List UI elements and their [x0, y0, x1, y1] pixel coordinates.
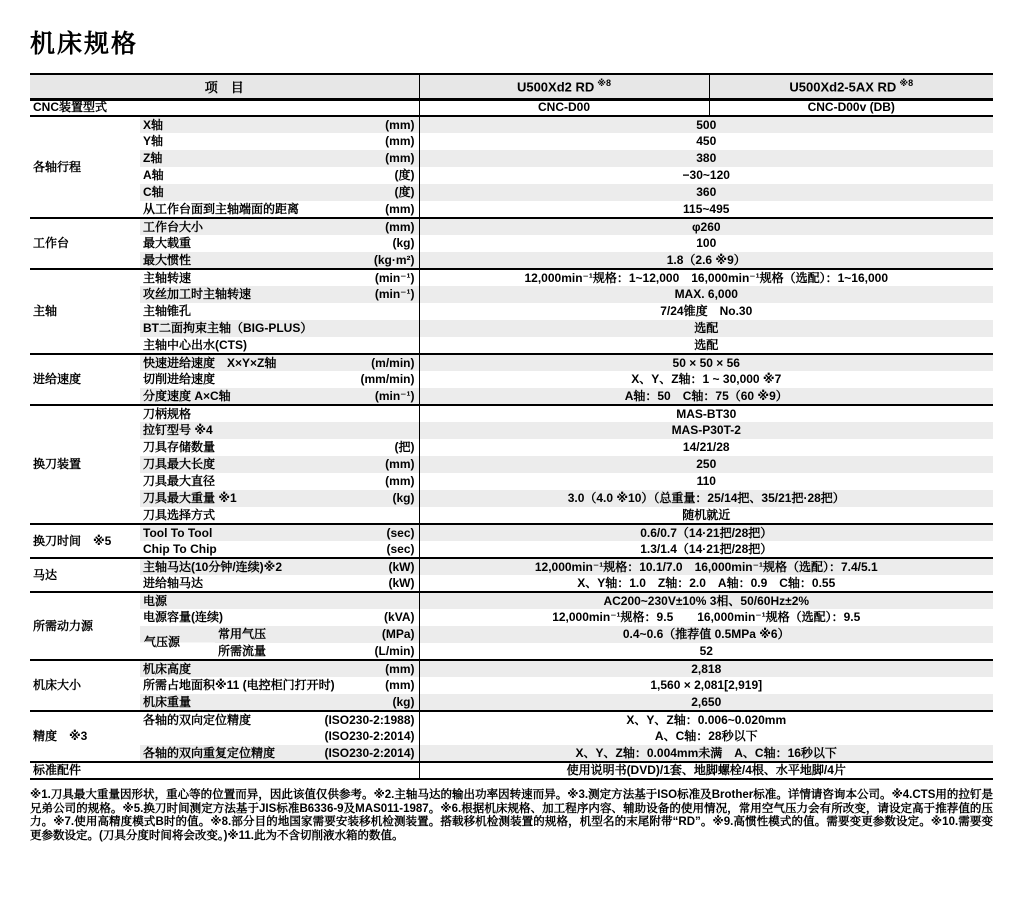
- spec-row: 进给速度快速进给速度 X×Y×Z轴(m/min)50 × 50 × 56: [30, 354, 993, 371]
- row-unit: (mm): [381, 119, 414, 132]
- label-unit-box: 主轴锥孔: [140, 305, 419, 318]
- spec-row: Chip To Chip(sec)1.3/1.4（14·21把/28把）: [30, 541, 993, 558]
- model-name: U500Xd2-5AX RD: [789, 79, 896, 94]
- row-label: 电源: [143, 595, 167, 608]
- category-cell: 所需动力源: [30, 592, 140, 660]
- row-unit: (度): [391, 169, 415, 182]
- row-label: 所需占地面积※11 (电控柜门打开时): [143, 679, 335, 692]
- label-unit-cell: 刀柄规格: [140, 405, 419, 422]
- label-unit-box: 主轴转速(min⁻¹): [140, 272, 419, 285]
- row-label: 所需流量: [218, 645, 266, 658]
- row-value: 1.8（2.6 ※9）: [419, 252, 993, 269]
- label-unit-box: A轴(度): [140, 169, 419, 182]
- row-label: 最大惯性: [143, 254, 191, 267]
- row-label: 主轴锥孔: [143, 305, 191, 318]
- label-unit-cell: 主轴转速(min⁻¹): [140, 269, 419, 286]
- spec-row: 刀具选择方式随机就近: [30, 507, 993, 524]
- model-note: ※8: [899, 78, 913, 88]
- spec-page: 机床规格 项 目 U500Xd2 RD※8 U500Xd2-5AX RD※8 C…: [0, 0, 1024, 924]
- row-label: 从工作台面到主轴端面的距离: [143, 203, 299, 216]
- label-unit-cell: 切削进给速度(mm/min): [140, 371, 419, 388]
- label-unit-box: 机床重量(kg): [140, 696, 419, 709]
- spec-row: 分度速度 A×C轴(min⁻¹)A轴：50 C轴：75（60 ※9）: [30, 388, 993, 405]
- row-value: 250: [419, 456, 993, 473]
- row-value: 52: [419, 643, 993, 660]
- spec-row: 工作台工作台大小(mm)φ260: [30, 218, 993, 235]
- label-unit-cell: 所需占地面积※11 (电控柜门打开时)(mm): [140, 677, 419, 694]
- row-label: 常用气压: [218, 628, 266, 641]
- row-label: 最大载重: [143, 237, 191, 250]
- label-unit-cell: 刀具存储数量(把): [140, 439, 419, 456]
- label-unit-cell: 进给轴马达(kW): [140, 575, 419, 592]
- row-label: 电源容量(连续): [143, 611, 223, 624]
- row-label: Chip To Chip: [143, 543, 217, 556]
- label-unit-cell: 分度速度 A×C轴(min⁻¹): [140, 388, 419, 405]
- label-unit-box: 常用气压(MPa): [215, 628, 419, 641]
- cnc-type-value-2: CNC-D00v (DB): [709, 99, 993, 116]
- spec-row: 精度 ※3各轴的双向定位精度(ISO230-2:1988)X、Y、Z轴：0.00…: [30, 711, 993, 728]
- label-unit-cell: 电源: [140, 592, 419, 609]
- row-value: MAX. 6,000: [419, 286, 993, 303]
- label-unit-cell: 刀具最大直径(mm): [140, 473, 419, 490]
- label-unit-box: 主轴中心出水(CTS): [140, 339, 419, 352]
- row-value: 50 × 50 × 56: [419, 354, 993, 371]
- row-value: 选配: [419, 320, 993, 337]
- label-unit-cell: 各轴的双向定位精度(ISO230-2:1988): [140, 711, 419, 728]
- spec-row: 刀具存储数量(把)14/21/28: [30, 439, 993, 456]
- label-unit-box: 各轴的双向重复定位精度(ISO230-2:2014): [140, 747, 419, 760]
- row-value: 115~495: [419, 201, 993, 218]
- label-unit-box: 刀具存储数量(把): [140, 441, 419, 454]
- row-unit: (mm): [381, 679, 414, 692]
- spec-row: 攻丝加工时主轴转速(min⁻¹)MAX. 6,000: [30, 286, 993, 303]
- row-value: 450: [419, 133, 993, 150]
- label-unit-box: 各轴的双向定位精度(ISO230-2:1988): [140, 714, 419, 727]
- label-unit-cell: 工作台大小(mm): [140, 218, 419, 235]
- row-value: 110: [419, 473, 993, 490]
- row-label: 工作台大小: [143, 221, 203, 234]
- row-label: 刀具最大长度: [143, 458, 215, 471]
- label-unit-cell: 拉钉型号 ※4: [140, 422, 419, 439]
- row-value: 360: [419, 184, 993, 201]
- spec-row: 气压源常用气压(MPa)0.4~0.6（推荐值 0.5MPa ※6）: [30, 626, 993, 643]
- label-unit-box: 所需流量(L/min): [215, 645, 419, 658]
- row-label: 切削进给速度: [143, 373, 215, 386]
- row-value: A轴：50 C轴：75（60 ※9）: [419, 388, 993, 405]
- label-unit-box: 快速进给速度 X×Y×Z轴(m/min): [140, 357, 419, 370]
- row-value: 12,000min⁻¹规格：9.5 16,000min⁻¹规格（选配）：9.5: [419, 609, 993, 626]
- table-header-row: 项 目 U500Xd2 RD※8 U500Xd2-5AX RD※8: [30, 74, 993, 99]
- label-unit-cell: Y轴(mm): [140, 133, 419, 150]
- row-unit: (m/min): [367, 357, 414, 370]
- accessories-row: 标准配件 使用说明书(DVD)/1套、地脚螺栓/4根、水平地脚/4片: [30, 762, 993, 779]
- row-label: 主轴马达(10分钟/连续)※2: [143, 561, 282, 574]
- row-label: X轴: [143, 119, 163, 132]
- row-unit: (min⁻¹): [371, 288, 415, 301]
- row-unit: (mm): [381, 475, 414, 488]
- row-unit: (ISO230-2:2014): [320, 747, 414, 760]
- row-unit: (把): [391, 441, 415, 454]
- row-label: 主轴转速: [143, 272, 191, 285]
- label-unit-box: 最大载重(kg): [140, 237, 419, 250]
- row-label: 刀具最大重量 ※1: [143, 492, 237, 505]
- row-unit: (kg·m²): [370, 254, 415, 267]
- spec-row: (ISO230-2:2014)A、C轴：28秒以下: [30, 728, 993, 745]
- footnotes: ※1.刀具最大重量因形状，重心等的位置而异，因此该值仅供参考。※2.主轴马达的输…: [30, 789, 993, 843]
- row-label: 刀具选择方式: [143, 509, 215, 522]
- row-value: X、Y、Z轴：0.004mm未满 A、C轴：16秒以下: [419, 745, 993, 762]
- spec-row: 各轴的双向重复定位精度(ISO230-2:2014)X、Y、Z轴：0.004mm…: [30, 745, 993, 762]
- category-cell: 进给速度: [30, 354, 140, 405]
- spec-row: 最大惯性(kg·m²)1.8（2.6 ※9）: [30, 252, 993, 269]
- row-value: 随机就近: [419, 507, 993, 524]
- row-value: 选配: [419, 337, 993, 354]
- label-unit-box: 机床高度(mm): [140, 663, 419, 676]
- row-label: 进给轴马达: [143, 577, 203, 590]
- spec-table: 项 目 U500Xd2 RD※8 U500Xd2-5AX RD※8 CNC装置型…: [30, 73, 993, 780]
- label-unit-cell: 刀具选择方式: [140, 507, 419, 524]
- label-unit-box: 刀柄规格: [140, 408, 419, 421]
- page-title: 机床规格: [30, 24, 1024, 60]
- category-cell: 马达: [30, 558, 140, 592]
- label-unit-box: 电源: [140, 595, 419, 608]
- row-label: BT二面拘束主轴（BIG-PLUS）: [143, 322, 312, 335]
- spec-row: C轴(度)360: [30, 184, 993, 201]
- row-value: 12,000min⁻¹规格：1~12,000 16,000min⁻¹规格（选配）…: [419, 269, 993, 286]
- category-cell: 换刀装置: [30, 405, 140, 524]
- row-label: 刀柄规格: [143, 408, 191, 421]
- row-value: φ260: [419, 218, 993, 235]
- model-column-header-2: U500Xd2-5AX RD※8: [709, 74, 993, 99]
- item-column-header: 项 目: [30, 74, 419, 99]
- label-unit-box: 从工作台面到主轴端面的距离(mm): [140, 203, 419, 216]
- category-cell: 精度 ※3: [30, 711, 140, 762]
- label-unit-cell: 最大惯性(kg·m²): [140, 252, 419, 269]
- label-unit-cell: X轴(mm): [140, 116, 419, 133]
- spec-row: 所需占地面积※11 (电控柜门打开时)(mm)1,560 × 2,081[2,9…: [30, 677, 993, 694]
- category-cell: 工作台: [30, 218, 140, 269]
- row-value: 3.0（4.0 ※10）（总重量：25/14把、35/21把·28把）: [419, 490, 993, 507]
- row-value: 380: [419, 150, 993, 167]
- spec-row: 机床重量(kg)2,650: [30, 694, 993, 711]
- row-unit: (mm): [381, 152, 414, 165]
- row-unit: (ISO230-2:1988): [320, 714, 414, 727]
- model-name: U500Xd2 RD: [517, 79, 594, 94]
- row-unit: (kg): [389, 696, 415, 709]
- row-value: 1.3/1.4（14·21把/28把）: [419, 541, 993, 558]
- spec-row: Z轴(mm)380: [30, 150, 993, 167]
- cnc-type-row: CNC装置型式 CNC-D00 CNC-D00v (DB): [30, 99, 993, 116]
- label-unit-box: (ISO230-2:2014): [140, 730, 419, 743]
- label-unit-cell: C轴(度): [140, 184, 419, 201]
- row-unit: (mm): [381, 458, 414, 471]
- model-column-header-1: U500Xd2 RD※8: [419, 74, 709, 99]
- label-unit-box: 主轴马达(10分钟/连续)※2(kW): [140, 561, 419, 574]
- row-label: A轴: [143, 169, 164, 182]
- row-unit: (sec): [382, 543, 414, 556]
- row-unit: (度): [391, 186, 415, 199]
- label-unit-cell: Chip To Chip(sec): [140, 541, 419, 558]
- label-unit-cell: 电源容量(连续)(kVA): [140, 609, 419, 626]
- row-label: 攻丝加工时主轴转速: [143, 288, 251, 301]
- label-unit-cell: 所需流量(L/min): [215, 643, 419, 660]
- row-label: Y轴: [143, 135, 163, 148]
- spec-row: Y轴(mm)450: [30, 133, 993, 150]
- row-value: 100: [419, 235, 993, 252]
- row-value: A、C轴：28秒以下: [419, 728, 993, 745]
- row-unit: (kW): [385, 577, 415, 590]
- label-unit-cell: (ISO230-2:2014): [140, 728, 419, 745]
- label-unit-box: C轴(度): [140, 186, 419, 199]
- label-unit-cell: 主轴锥孔: [140, 303, 419, 320]
- row-unit: (kg): [389, 492, 415, 505]
- category-cell: 换刀时间 ※5: [30, 524, 140, 558]
- label-unit-cell: 攻丝加工时主轴转速(min⁻¹): [140, 286, 419, 303]
- spec-row: 从工作台面到主轴端面的距离(mm)115~495: [30, 201, 993, 218]
- row-value: MAS-P30T-2: [419, 422, 993, 439]
- label-unit-cell: 常用气压(MPa): [215, 626, 419, 643]
- row-unit: (min⁻¹): [371, 390, 415, 403]
- row-label: 机床重量: [143, 696, 191, 709]
- label-unit-cell: A轴(度): [140, 167, 419, 184]
- row-label: 主轴中心出水(CTS): [143, 339, 247, 352]
- spec-row: A轴(度)−30~120: [30, 167, 993, 184]
- spec-row: 刀具最大直径(mm)110: [30, 473, 993, 490]
- row-unit: (mm): [381, 203, 414, 216]
- label-unit-box: 电源容量(连续)(kVA): [140, 611, 419, 624]
- row-label: 刀具最大直径: [143, 475, 215, 488]
- row-unit: (kVA): [380, 611, 414, 624]
- spec-row: 切削进给速度(mm/min)X、Y、Z轴：1 ~ 30,000 ※7: [30, 371, 993, 388]
- spec-row: 拉钉型号 ※4MAS-P30T-2: [30, 422, 993, 439]
- row-value: 2,650: [419, 694, 993, 711]
- category-cell: 机床大小: [30, 660, 140, 711]
- label-unit-box: 刀具最大长度(mm): [140, 458, 419, 471]
- label-unit-box: 攻丝加工时主轴转速(min⁻¹): [140, 288, 419, 301]
- label-unit-box: 刀具最大直径(mm): [140, 475, 419, 488]
- spec-row: 主轴中心出水(CTS)选配: [30, 337, 993, 354]
- row-value: 14/21/28: [419, 439, 993, 456]
- row-value: 7/24锥度 No.30: [419, 303, 993, 320]
- spec-row: 换刀装置刀柄规格MAS-BT30: [30, 405, 993, 422]
- row-label: 快速进给速度 X×Y×Z轴: [143, 357, 276, 370]
- spec-row: 主轴锥孔7/24锥度 No.30: [30, 303, 993, 320]
- label-unit-cell: 刀具最大长度(mm): [140, 456, 419, 473]
- row-unit: (sec): [382, 527, 414, 540]
- row-label: Z轴: [143, 152, 162, 165]
- label-unit-box: Y轴(mm): [140, 135, 419, 148]
- row-unit: (ISO230-2:2014): [320, 730, 414, 743]
- row-unit: (kW): [385, 561, 415, 574]
- row-unit: (min⁻¹): [371, 272, 415, 285]
- row-label: 分度速度 A×C轴: [143, 390, 231, 403]
- label-unit-box: 分度速度 A×C轴(min⁻¹): [140, 390, 419, 403]
- row-value: AC200~230V±10% 3相、50/60Hz±2%: [419, 592, 993, 609]
- category-cell: 主轴: [30, 269, 140, 354]
- label-unit-cell: 主轴马达(10分钟/连续)※2(kW): [140, 558, 419, 575]
- row-label: C轴: [143, 186, 164, 199]
- spec-row: 马达主轴马达(10分钟/连续)※2(kW)12,000min⁻¹规格：10.1/…: [30, 558, 993, 575]
- label-unit-cell: 机床高度(mm): [140, 660, 419, 677]
- row-label: 刀具存储数量: [143, 441, 215, 454]
- row-value: 500: [419, 116, 993, 133]
- label-unit-box: Chip To Chip(sec): [140, 543, 419, 556]
- spec-row: 各轴行程X轴(mm)500: [30, 116, 993, 133]
- row-unit: (mm): [381, 663, 414, 676]
- label-unit-box: 刀具选择方式: [140, 509, 419, 522]
- label-unit-box: X轴(mm): [140, 119, 419, 132]
- row-value: −30~120: [419, 167, 993, 184]
- label-unit-box: 拉钉型号 ※4: [140, 424, 419, 437]
- spec-row: 电源容量(连续)(kVA)12,000min⁻¹规格：9.5 16,000min…: [30, 609, 993, 626]
- row-unit: (mm/min): [357, 373, 415, 386]
- row-label: 拉钉型号 ※4: [143, 424, 213, 437]
- cnc-type-value-1: CNC-D00: [419, 99, 709, 116]
- row-value: X、Y、Z轴：1 ~ 30,000 ※7: [419, 371, 993, 388]
- label-unit-box: BT二面拘束主轴（BIG-PLUS）: [140, 322, 419, 335]
- label-unit-box: 最大惯性(kg·m²): [140, 254, 419, 267]
- group-cell: 气压源: [140, 626, 215, 660]
- accessories-value: 使用说明书(DVD)/1套、地脚螺栓/4根、水平地脚/4片: [419, 762, 993, 779]
- label-unit-box: 进给轴马达(kW): [140, 577, 419, 590]
- row-label: 机床高度: [143, 663, 191, 676]
- label-unit-cell: Z轴(mm): [140, 150, 419, 167]
- spec-row: 进给轴马达(kW)X、Y轴：1.0 Z轴：2.0 A轴：0.9 C轴：0.55: [30, 575, 993, 592]
- model-note: ※8: [597, 78, 611, 88]
- category-cell: 各轴行程: [30, 116, 140, 218]
- spec-row: 刀具最大长度(mm)250: [30, 456, 993, 473]
- spec-row: 所需动力源电源AC200~230V±10% 3相、50/60Hz±2%: [30, 592, 993, 609]
- label-unit-cell: BT二面拘束主轴（BIG-PLUS）: [140, 320, 419, 337]
- label-unit-box: 切削进给速度(mm/min): [140, 373, 419, 386]
- label-unit-cell: 最大载重(kg): [140, 235, 419, 252]
- row-label: 各轴的双向重复定位精度: [143, 747, 275, 760]
- row-value: 0.4~0.6（推荐值 0.5MPa ※6）: [419, 626, 993, 643]
- row-unit: (L/min): [371, 645, 415, 658]
- label-unit-box: 刀具最大重量 ※1(kg): [140, 492, 419, 505]
- row-unit: (MPa): [378, 628, 415, 641]
- row-unit: (kg): [389, 237, 415, 250]
- row-label: Tool To Tool: [143, 527, 212, 540]
- row-value: 12,000min⁻¹规格：10.1/7.0 16,000min⁻¹规格（选配）…: [419, 558, 993, 575]
- spec-row: BT二面拘束主轴（BIG-PLUS）选配: [30, 320, 993, 337]
- cnc-type-label: CNC装置型式: [30, 99, 419, 116]
- label-unit-cell: 各轴的双向重复定位精度(ISO230-2:2014): [140, 745, 419, 762]
- label-unit-box: Z轴(mm): [140, 152, 419, 165]
- label-unit-cell: 快速进给速度 X×Y×Z轴(m/min): [140, 354, 419, 371]
- spec-row: 机床大小机床高度(mm)2,818: [30, 660, 993, 677]
- label-unit-box: 所需占地面积※11 (电控柜门打开时)(mm): [140, 679, 419, 692]
- accessories-label: 标准配件: [30, 762, 419, 779]
- row-unit: (mm): [381, 221, 414, 234]
- row-value: X、Y、Z轴：0.006~0.020mm: [419, 711, 993, 728]
- spec-row: 主轴主轴转速(min⁻¹)12,000min⁻¹规格：1~12,000 16,0…: [30, 269, 993, 286]
- row-value: MAS-BT30: [419, 405, 993, 422]
- row-value: 0.6/0.7（14·21把/28把）: [419, 524, 993, 541]
- spec-row: 换刀时间 ※5Tool To Tool(sec)0.6/0.7（14·21把/2…: [30, 524, 993, 541]
- label-unit-cell: Tool To Tool(sec): [140, 524, 419, 541]
- row-unit: (mm): [381, 135, 414, 148]
- label-unit-cell: 刀具最大重量 ※1(kg): [140, 490, 419, 507]
- row-value: 1,560 × 2,081[2,919]: [419, 677, 993, 694]
- row-value: 2,818: [419, 660, 993, 677]
- label-unit-box: Tool To Tool(sec): [140, 527, 419, 540]
- label-unit-cell: 主轴中心出水(CTS): [140, 337, 419, 354]
- spec-row: 最大载重(kg)100: [30, 235, 993, 252]
- label-unit-box: 工作台大小(mm): [140, 221, 419, 234]
- spec-row: 刀具最大重量 ※1(kg)3.0（4.0 ※10）（总重量：25/14把、35/…: [30, 490, 993, 507]
- label-unit-cell: 从工作台面到主轴端面的距离(mm): [140, 201, 419, 218]
- label-unit-cell: 机床重量(kg): [140, 694, 419, 711]
- row-label: 各轴的双向定位精度: [143, 714, 251, 727]
- row-value: X、Y轴：1.0 Z轴：2.0 A轴：0.9 C轴：0.55: [419, 575, 993, 592]
